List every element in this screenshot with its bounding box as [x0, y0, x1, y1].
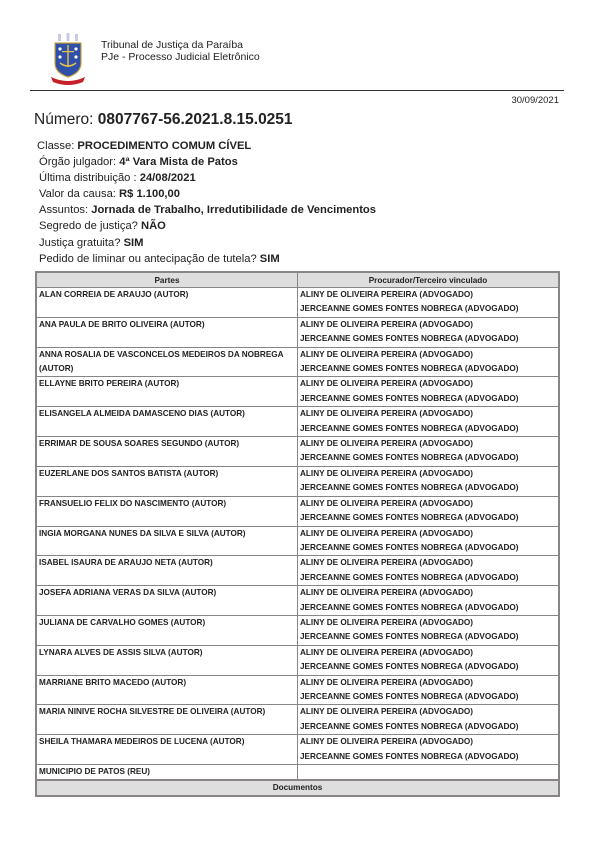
attorney-name: JERCEANNE GOMES FONTES NOBREGA (ADVOGADO… — [300, 392, 556, 406]
table-row: ALAN CORREIA DE ARAUJO (AUTOR)ALINY DE O… — [36, 288, 559, 318]
attorney-name: ALINY DE OLIVEIRA PEREIRA (ADVOGADO) — [300, 527, 556, 541]
party-name: JULIANA DE CARVALHO GOMES (AUTOR) — [36, 615, 298, 645]
attorney-name: JERCEANNE GOMES FONTES NOBREGA (ADVOGADO… — [300, 302, 556, 316]
detail-value: NÃO — [141, 220, 166, 232]
column-header-partes: Partes — [36, 272, 298, 288]
attorney-name: JERCEANNE GOMES FONTES NOBREGA (ADVOGADO… — [300, 481, 556, 495]
attorneys-cell: ALINY DE OLIVEIRA PEREIRA (ADVOGADO)JERC… — [298, 526, 560, 556]
table-row: EUZERLANE DOS SANTOS BATISTA (AUTOR)ALIN… — [36, 466, 559, 496]
party-name: EUZERLANE DOS SANTOS BATISTA (AUTOR) — [36, 466, 298, 496]
attorney-name: ALINY DE OLIVEIRA PEREIRA (ADVOGADO) — [300, 467, 556, 481]
table-row: ANNA ROSALIA DE VASCONCELOS MEDEIROS DA … — [36, 347, 559, 377]
parties-table: Partes Procurador/Terceiro vinculado ALA… — [35, 271, 560, 797]
table-row: ANA PAULA DE BRITO OLIVEIRA (AUTOR)ALINY… — [36, 317, 559, 347]
party-name: LYNARA ALVES DE ASSIS SILVA (AUTOR) — [36, 645, 298, 675]
detail-value: R$ 1.100,00 — [119, 188, 180, 200]
attorney-name: JERCEANNE GOMES FONTES NOBREGA (ADVOGADO… — [300, 422, 556, 436]
attorney-name: ALINY DE OLIVEIRA PEREIRA (ADVOGADO) — [300, 556, 556, 570]
detail-label: Assuntos: — [39, 204, 88, 216]
detail-line: Classe: PROCEDIMENTO COMUM CÍVEL — [37, 138, 376, 154]
detail-line: Assuntos: Jornada de Trabalho, Irredutib… — [37, 202, 376, 218]
attorney-name: JERCEANNE GOMES FONTES NOBREGA (ADVOGADO… — [300, 541, 556, 555]
attorney-name: ALINY DE OLIVEIRA PEREIRA (ADVOGADO) — [300, 288, 556, 302]
detail-value: Jornada de Trabalho, Irredutibilidade de… — [91, 204, 376, 216]
detail-label: Órgão julgador: — [39, 156, 116, 168]
detail-value: 4ª Vara Mista de Patos — [119, 156, 238, 168]
table-row: JULIANA DE CARVALHO GOMES (AUTOR)ALINY D… — [36, 615, 559, 645]
table-row: ELLAYNE BRITO PEREIRA (AUTOR)ALINY DE OL… — [36, 377, 559, 407]
party-name: INGIA MORGANA NUNES DA SILVA E SILVA (AU… — [36, 526, 298, 556]
party-name: ANNA ROSALIA DE VASCONCELOS MEDEIROS DA … — [36, 347, 298, 377]
attorney-name: ALINY DE OLIVEIRA PEREIRA (ADVOGADO) — [300, 705, 556, 719]
party-name: FRANSUELIO FELIX DO NASCIMENTO (AUTOR) — [36, 496, 298, 526]
attorneys-cell: ALINY DE OLIVEIRA PEREIRA (ADVOGADO)JERC… — [298, 437, 560, 467]
table-row: JOSEFA ADRIANA VERAS DA SILVA (AUTOR)ALI… — [36, 586, 559, 616]
detail-label: Justiça gratuita? — [39, 237, 120, 249]
process-details: Classe: PROCEDIMENTO COMUM CÍVELÓrgão ju… — [37, 138, 376, 267]
attorneys-cell: ALINY DE OLIVEIRA PEREIRA (ADVOGADO)JERC… — [298, 735, 560, 765]
attorney-name: JERCEANNE GOMES FONTES NOBREGA (ADVOGADO… — [300, 332, 556, 346]
org-name: Tribunal de Justiça da Paraíba — [101, 39, 260, 51]
attorney-name: ALINY DE OLIVEIRA PEREIRA (ADVOGADO) — [300, 348, 556, 362]
detail-value: SIM — [124, 237, 144, 249]
attorney-name: JERCEANNE GOMES FONTES NOBREGA (ADVOGADO… — [300, 511, 556, 525]
attorneys-cell: ALINY DE OLIVEIRA PEREIRA (ADVOGADO)JERC… — [298, 496, 560, 526]
party-name: MUNICIPIO DE PATOS (REU) — [36, 765, 298, 781]
table-row: FRANSUELIO FELIX DO NASCIMENTO (AUTOR)AL… — [36, 496, 559, 526]
detail-label: Pedido de liminar ou antecipação de tute… — [39, 253, 257, 265]
parties-table-header: Partes Procurador/Terceiro vinculado — [36, 272, 559, 288]
attorneys-cell: ALINY DE OLIVEIRA PEREIRA (ADVOGADO)JERC… — [298, 645, 560, 675]
detail-value: PROCEDIMENTO COMUM CÍVEL — [77, 140, 251, 152]
attorney-name: ALINY DE OLIVEIRA PEREIRA (ADVOGADO) — [300, 407, 556, 421]
detail-line: Justiça gratuita? SIM — [37, 235, 376, 251]
attorney-name: ALINY DE OLIVEIRA PEREIRA (ADVOGADO) — [300, 377, 556, 391]
detail-value: SIM — [260, 253, 280, 265]
attorneys-cell: ALINY DE OLIVEIRA PEREIRA (ADVOGADO)JERC… — [298, 377, 560, 407]
tjpb-coat-of-arms-icon — [49, 33, 87, 85]
attorneys-cell: ALINY DE OLIVEIRA PEREIRA (ADVOGADO)JERC… — [298, 317, 560, 347]
detail-label: Segredo de justiça? — [39, 220, 138, 232]
system-name: PJe - Processo Judicial Eletrônico — [101, 51, 260, 63]
party-name: ALAN CORREIA DE ARAUJO (AUTOR) — [36, 288, 298, 318]
party-name: JOSEFA ADRIANA VERAS DA SILVA (AUTOR) — [36, 586, 298, 616]
detail-label: Classe: — [37, 140, 74, 152]
attorney-name: JERCEANNE GOMES FONTES NOBREGA (ADVOGADO… — [300, 571, 556, 585]
party-name: ELLAYNE BRITO PEREIRA (AUTOR) — [36, 377, 298, 407]
table-row: ERRIMAR DE SOUSA SOARES SEGUNDO (AUTOR)A… — [36, 437, 559, 467]
attorneys-cell: ALINY DE OLIVEIRA PEREIRA (ADVOGADO)JERC… — [298, 466, 560, 496]
attorney-name: JERCEANNE GOMES FONTES NOBREGA (ADVOGADO… — [300, 362, 556, 376]
column-header-procurador: Procurador/Terceiro vinculado — [298, 272, 560, 288]
attorney-name: JERCEANNE GOMES FONTES NOBREGA (ADVOGADO… — [300, 601, 556, 615]
attorney-name: ALINY DE OLIVEIRA PEREIRA (ADVOGADO) — [300, 318, 556, 332]
detail-label: Valor da causa: — [39, 188, 116, 200]
documents-section-header: Documentos — [36, 780, 559, 796]
attorney-name: ALINY DE OLIVEIRA PEREIRA (ADVOGADO) — [300, 676, 556, 690]
document-date: 30/09/2021 — [511, 95, 559, 106]
attorneys-cell: ALINY DE OLIVEIRA PEREIRA (ADVOGADO)JERC… — [298, 347, 560, 377]
attorneys-cell: ALINY DE OLIVEIRA PEREIRA (ADVOGADO)JERC… — [298, 407, 560, 437]
table-row: MARRIANE BRITO MACEDO (AUTOR)ALINY DE OL… — [36, 675, 559, 705]
detail-line: Valor da causa: R$ 1.100,00 — [37, 186, 376, 202]
attorney-name: ALINY DE OLIVEIRA PEREIRA (ADVOGADO) — [300, 437, 556, 451]
attorney-name: JERCEANNE GOMES FONTES NOBREGA (ADVOGADO… — [300, 451, 556, 465]
documents-label: Documentos — [36, 780, 559, 796]
attorney-name: JERCEANNE GOMES FONTES NOBREGA (ADVOGADO… — [300, 630, 556, 644]
attorney-name: ALINY DE OLIVEIRA PEREIRA (ADVOGADO) — [300, 497, 556, 511]
organization-header: Tribunal de Justiça da Paraíba PJe - Pro… — [101, 39, 260, 63]
process-number: Número: 0807767-56.2021.8.15.0251 — [34, 111, 293, 129]
party-name: ELISANGELA ALMEIDA DAMASCENO DIAS (AUTOR… — [36, 407, 298, 437]
attorney-name: JERCEANNE GOMES FONTES NOBREGA (ADVOGADO… — [300, 750, 556, 764]
table-row: INGIA MORGANA NUNES DA SILVA E SILVA (AU… — [36, 526, 559, 556]
party-name: ERRIMAR DE SOUSA SOARES SEGUNDO (AUTOR) — [36, 437, 298, 467]
party-name: MARRIANE BRITO MACEDO (AUTOR) — [36, 675, 298, 705]
attorney-name: ALINY DE OLIVEIRA PEREIRA (ADVOGADO) — [300, 586, 556, 600]
process-number-label: Número: — [34, 111, 93, 128]
detail-label: Última distribuição : — [39, 172, 137, 184]
header-divider — [30, 90, 564, 91]
attorneys-cell: ALINY DE OLIVEIRA PEREIRA (ADVOGADO)JERC… — [298, 615, 560, 645]
party-name: MARIA NINIVE ROCHA SILVESTRE DE OLIVEIRA… — [36, 705, 298, 735]
attorneys-cell: ALINY DE OLIVEIRA PEREIRA (ADVOGADO)JERC… — [298, 675, 560, 705]
table-row: SHEILA THAMARA MEDEIROS DE LUCENA (AUTOR… — [36, 735, 559, 765]
party-name: SHEILA THAMARA MEDEIROS DE LUCENA (AUTOR… — [36, 735, 298, 765]
table-row: MUNICIPIO DE PATOS (REU) — [36, 765, 559, 781]
party-name: ANA PAULA DE BRITO OLIVEIRA (AUTOR) — [36, 317, 298, 347]
table-row: ISABEL ISAURA DE ARAUJO NETA (AUTOR)ALIN… — [36, 556, 559, 586]
attorneys-cell: ALINY DE OLIVEIRA PEREIRA (ADVOGADO)JERC… — [298, 556, 560, 586]
table-row: LYNARA ALVES DE ASSIS SILVA (AUTOR)ALINY… — [36, 645, 559, 675]
attorney-name: JERCEANNE GOMES FONTES NOBREGA (ADVOGADO… — [300, 660, 556, 674]
detail-line: Pedido de liminar ou antecipação de tute… — [37, 251, 376, 267]
table-row: MARIA NINIVE ROCHA SILVESTRE DE OLIVEIRA… — [36, 705, 559, 735]
attorneys-cell: ALINY DE OLIVEIRA PEREIRA (ADVOGADO)JERC… — [298, 586, 560, 616]
attorney-name: JERCEANNE GOMES FONTES NOBREGA (ADVOGADO… — [300, 690, 556, 704]
detail-line: Segredo de justiça? NÃO — [37, 218, 376, 234]
attorney-name: ALINY DE OLIVEIRA PEREIRA (ADVOGADO) — [300, 616, 556, 630]
detail-line: Última distribuição : 24/08/2021 — [37, 170, 376, 186]
attorney-name: ALINY DE OLIVEIRA PEREIRA (ADVOGADO) — [300, 646, 556, 660]
attorneys-cell: ALINY DE OLIVEIRA PEREIRA (ADVOGADO)JERC… — [298, 288, 560, 318]
process-number-value: 0807767-56.2021.8.15.0251 — [98, 111, 293, 128]
attorneys-cell — [298, 765, 560, 781]
attorneys-cell: ALINY DE OLIVEIRA PEREIRA (ADVOGADO)JERC… — [298, 705, 560, 735]
attorney-name: JERCEANNE GOMES FONTES NOBREGA (ADVOGADO… — [300, 720, 556, 734]
party-name: ISABEL ISAURA DE ARAUJO NETA (AUTOR) — [36, 556, 298, 586]
detail-value: 24/08/2021 — [140, 172, 196, 184]
detail-line: Órgão julgador: 4ª Vara Mista de Patos — [37, 154, 376, 170]
table-row: ELISANGELA ALMEIDA DAMASCENO DIAS (AUTOR… — [36, 407, 559, 437]
attorney-name: ALINY DE OLIVEIRA PEREIRA (ADVOGADO) — [300, 735, 556, 749]
